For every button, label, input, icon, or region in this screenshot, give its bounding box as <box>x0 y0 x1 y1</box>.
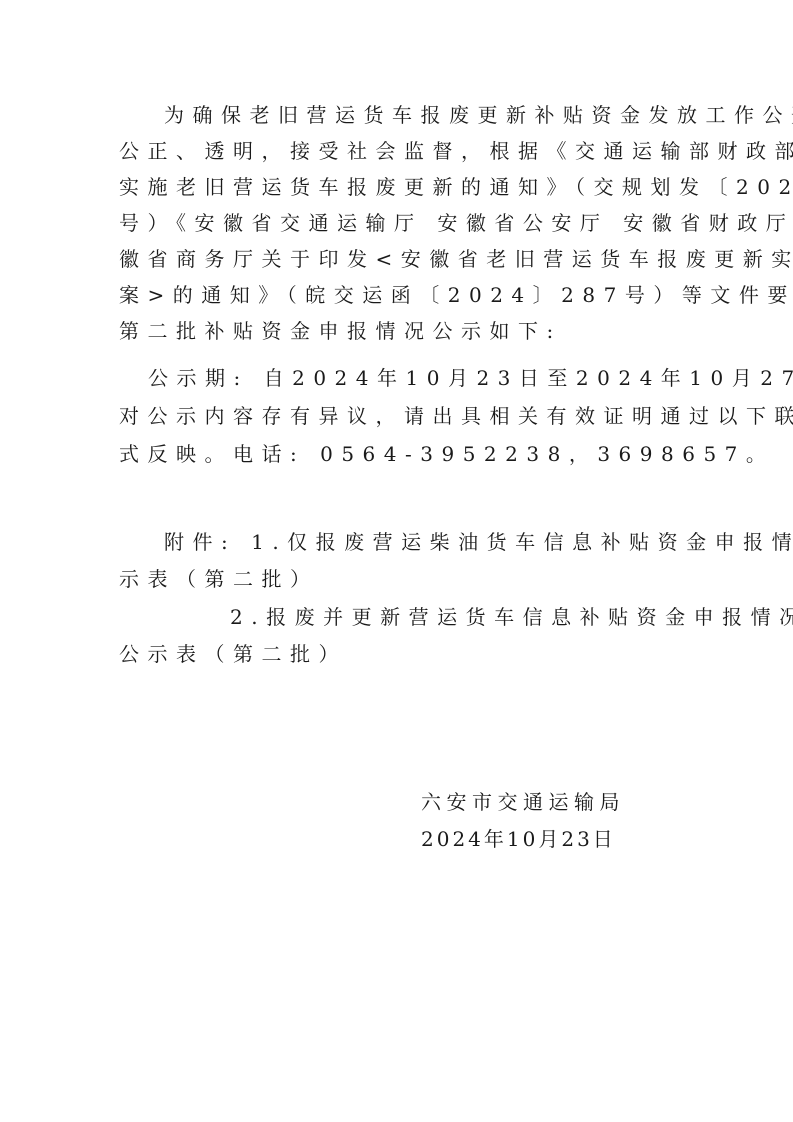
attachment-label-line: 附件: 1.仅报废营运柴油货车信息补贴资金申报情况公 <box>164 528 720 556</box>
attachment-item2-line: 2.报废并更新营运货车信息补贴资金申报情况 <box>230 603 786 631</box>
document-page: 为确保老旧营运货车报废更新补贴资金发放工作公开、 公正、透明，接受社会监督，根据… <box>0 0 793 1122</box>
notice-period-line: 公示期: 自2024年10月23日至2024年10月27日。如 <box>148 364 704 392</box>
body-paragraph-line: 实施老旧营运货车报废更新的通知》（交规划发〔2024〕90 <box>119 173 675 201</box>
body-paragraph-line: 号）《安徽省交通运输厅 安徽省公安厅 安徽省财政厅 安 <box>119 209 675 237</box>
attachment-item2-cont: 公示表（第二批） <box>119 640 675 668</box>
body-paragraph-line: 公正、透明，接受社会监督，根据《交通运输部财政部关于 <box>119 137 675 165</box>
body-paragraph-line: 案>的通知》（皖交运函〔2024〕287号）等文件要求，现将 <box>119 281 675 309</box>
body-paragraph-line: 为确保老旧营运货车报废更新补贴资金发放工作公开、 <box>164 101 720 129</box>
notice-objection-line: 对公示内容存有异议，请出具相关有效证明通过以下联系方 <box>119 402 675 430</box>
signature-date: 2024年10月23日 <box>421 825 616 853</box>
attachment-item1-cont: 示表（第二批） <box>119 565 675 593</box>
body-paragraph-line: 第二批补贴资金申报情况公示如下: <box>119 317 675 345</box>
body-paragraph-line: 徽省商务厅关于印发<安徽省老旧营运货车报废更新实施方 <box>119 245 675 273</box>
signature-organization: 六安市交通运输局 <box>421 788 625 816</box>
notice-phone-line: 式反映。电话: 0564-3952238，3698657。 <box>119 440 675 468</box>
